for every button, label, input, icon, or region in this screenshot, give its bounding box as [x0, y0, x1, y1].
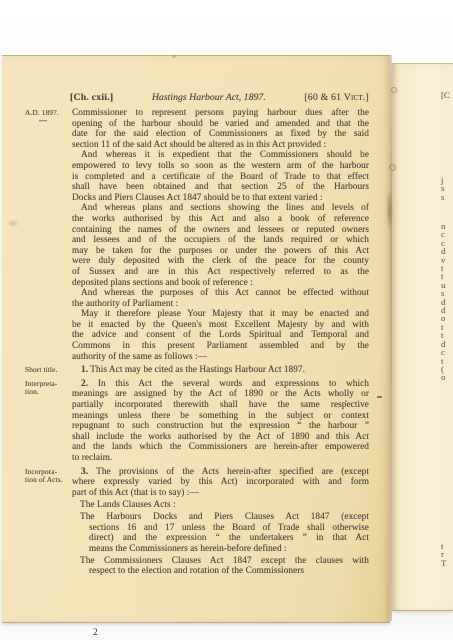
incorporated-act-lands-clauses: The Lands Clauses Acts :: [72, 500, 369, 511]
text-line: 3. The provisions of the Acts herein-aft…: [72, 467, 369, 478]
text-line: containing the names of the owners and l…: [72, 225, 369, 236]
text-line: and the lands which the Commissioners ar…: [72, 442, 369, 453]
text-line: Commons in this present Parliament assem…: [72, 341, 369, 352]
cutoff-text-fragment: [C: [441, 91, 453, 99]
text-line: And whereas it is expedient that the Com…: [72, 150, 369, 161]
wormhole-mark: [389, 164, 396, 171]
text-line: section 11 of the said Act should be alt…: [72, 140, 369, 151]
text-line: The Commissioners Clauses Act 1847 excep…: [72, 556, 369, 567]
text-line: authority of the same as follows :—: [72, 352, 369, 363]
text-line: repugnant to such construction but the e…: [72, 421, 369, 432]
text-line: opening of the harbour should be varied …: [72, 119, 369, 130]
enacting-formula: May it therefore please Your Majesty tha…: [72, 309, 369, 362]
text-line: date for the said election of Commission…: [72, 129, 369, 140]
page-edge-nick: [172, 55, 176, 58]
ink-speck: [377, 396, 382, 398]
section-number: 2.: [81, 379, 88, 389]
text-line: Docks and Piers Clauses Act 1847 should …: [72, 193, 369, 204]
wormhole-mark: [391, 87, 397, 93]
text-line: the advice and consent of the Lords Spir…: [72, 330, 369, 341]
margin-note-dash: —: [25, 118, 61, 124]
text-line: may be taken for the purposes or under t…: [72, 246, 369, 257]
page-smudge: [9, 221, 17, 226]
section-3-incorporation: Incorpora- tion of Acts.3. The provision…: [72, 467, 369, 499]
cutoff-text-fragment: trT: [441, 542, 453, 567]
text-line: The Harbours Docks and Piers Clauses Act…: [72, 512, 369, 523]
margin-note: Interpreta- tion.: [25, 380, 69, 397]
margin-note: Short title.: [25, 366, 69, 375]
margin-note: Incorpora- tion of Acts.: [25, 468, 69, 485]
preamble-recital-tolls: And whereas it is expedient that the Com…: [72, 150, 369, 203]
text-line: meanings are assigned by the Act of 1890…: [72, 389, 369, 400]
text-line: deposited plans sections and book of ref…: [72, 278, 369, 289]
text-line: means the Commissioners as herein-before…: [72, 544, 369, 555]
cutoff-text-fragment: jss: [441, 176, 453, 201]
preamble-recital-plans: And whereas plans and sections showing t…: [72, 203, 369, 288]
text-line: be it enacted by the Queen's most Excell…: [72, 320, 369, 331]
section-1-short-title: Short title.1. This Act may be cited as …: [72, 365, 369, 376]
text-line: meanings unless there be something in th…: [72, 411, 369, 422]
act-title: Hastings Harbour Act, 1897.: [152, 92, 266, 103]
text-line: 1. This Act may be cited as the Hastings…: [72, 365, 369, 376]
signature-mark: 2: [93, 628, 98, 638]
text-line: is completed and a certificate of the Bo…: [72, 172, 369, 183]
text-line: And whereas the purposes of this Act can…: [72, 288, 369, 299]
fragment-char: s: [441, 193, 453, 201]
text-line: part of this Act (that is to say) :—: [72, 488, 369, 499]
gutter-stain: [386, 188, 393, 232]
text-line: of Sussex and are in this Act respective…: [72, 267, 369, 278]
regnal-year: [60 & 61 Vict.]: [304, 92, 369, 103]
fragment-char: o: [441, 373, 453, 381]
book-page: [Ch. cxii.] Hastings Harbour Act, 1897. …: [2, 55, 390, 623]
text-line: May it therefore please Your Majesty tha…: [72, 309, 369, 320]
section-number: 1.: [81, 365, 88, 375]
text-line: partially incorporated therewith shall h…: [72, 400, 369, 411]
chapter-number: [Ch. cxii.]: [70, 92, 113, 103]
text-line: shall include the works authorised by th…: [72, 432, 369, 443]
text-line: empowered to levy tolls so soon as the w…: [72, 161, 369, 172]
text-line: sections 16 and 17 unless the Board of T…: [72, 523, 369, 534]
text-line: respect to the election and rotation of …: [72, 566, 369, 577]
text-line: The Lands Clauses Acts :: [72, 500, 369, 511]
margin-note: A.D. 1897.—: [25, 109, 69, 124]
ink-speck: [345, 400, 347, 402]
text-line: And whereas plans and sections showing t…: [72, 203, 369, 214]
text-line: the works authorised by this Act and als…: [72, 214, 369, 225]
text-line: and lessees and of the occupiers of the …: [72, 235, 369, 246]
incorporated-act-harbours-docks: The Harbours Docks and Piers Clauses Act…: [72, 512, 369, 554]
incorporated-act-commissioners-clauses: The Commissioners Clauses Act 1847 excep…: [72, 556, 369, 577]
cutoff-text-fragment: nccdvttusddottdct(o: [441, 222, 453, 382]
fragment-char: [C: [441, 91, 453, 99]
text-line: where expressly varied by this Act) inco…: [72, 477, 369, 488]
fragment-char: T: [441, 559, 453, 567]
preamble-recital-authority: And whereas the purposes of this Act can…: [72, 288, 369, 309]
text-line: to reclaim.: [72, 453, 369, 464]
facing-page-edge: [Cjssnccdvttusddottdct(otrT: [392, 63, 453, 611]
text-line: 2. In this Act the several words and exp…: [72, 379, 369, 390]
text-line: shall have been obtained and that sectio…: [72, 182, 369, 193]
running-header: [Ch. cxii.] Hastings Harbour Act, 1897. …: [70, 92, 369, 103]
section-2-interpretation: Interpreta- tion.2. In this Act the seve…: [72, 379, 369, 464]
page-gutter: [390, 55, 392, 621]
text-line: direct) and the expression “ the underta…: [72, 533, 369, 544]
preamble-continuation: A.D. 1897.—Commissioner to represent per…: [72, 108, 369, 150]
text-line: the authority of Parliament :: [72, 299, 369, 310]
content-column: A.D. 1897.—Commissioner to represent per…: [72, 108, 369, 577]
scanned-book-photo: [Ch. cxii.] Hastings Harbour Act, 1897. …: [0, 0, 453, 640]
text-line: Commissioner to represent persons paying…: [72, 108, 369, 119]
text-line: were duly deposited with the clerk of th…: [72, 256, 369, 267]
section-number: 3.: [81, 467, 88, 477]
